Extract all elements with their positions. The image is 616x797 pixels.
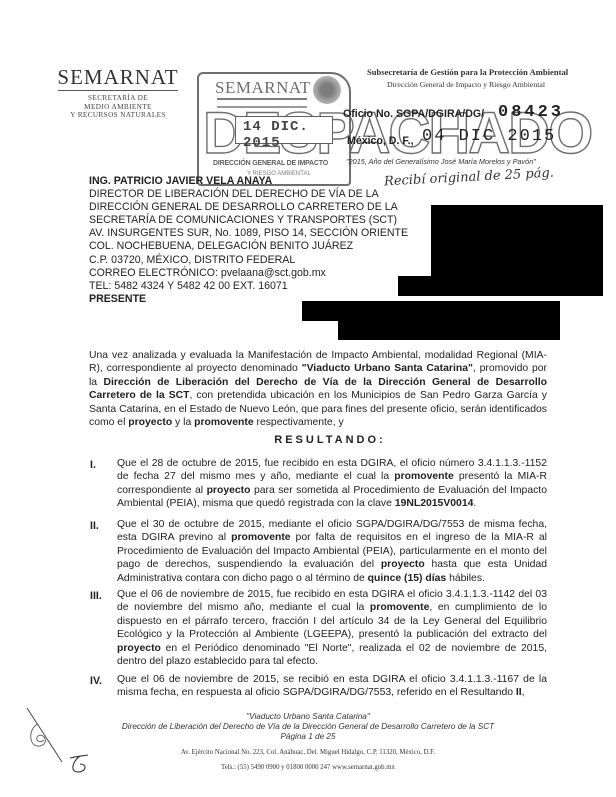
redaction-block [431,205,603,296]
resultando-text: Que el 06 de noviembre de 2015, se recib… [117,673,547,700]
resultando-text: Que el 28 de octubre de 2015, fue recibi… [117,457,547,511]
year-motto: "2015, Año del Generalísimo José María M… [346,157,536,166]
intro-text: respectivamente, y [254,417,344,428]
direccion-heading: Dirección General de Impacto y Riesgo Am… [387,80,545,89]
redaction-block [398,276,438,296]
bold-text: proyecto [117,643,161,654]
term-promovente: promovente [194,417,253,428]
resultando-number: I. [90,459,96,471]
issue-date: 04 DIC 2015 [422,127,556,146]
handwritten-note: Recibí original de 25 pág. [384,166,555,190]
addressee-line: AV. INSURGENTES SUR, No. 1089, PISO 14, … [89,227,408,240]
redaction-block [338,319,560,340]
addressee-line: C.P. 03720, MÉXICO, DISTRITO FEDERAL [89,254,408,267]
oficio-number: 08423 [498,103,564,122]
initials-scribble-icon [20,706,100,776]
semarnat-logo: SEMARNAT Secretaría de Medio Ambiente y … [52,66,184,120]
addressee-name: ING. PATRICIO JAVIER VELA ANAYA [89,175,408,188]
redaction-block [302,301,560,321]
oficio-label: Oficio No. SGPA/DGIRA/DG/ [343,108,484,120]
text: . [473,498,476,509]
text: hábiles. [446,573,485,584]
text: Que el 06 de noviembre de 2015, se recib… [117,674,547,698]
section-heading: RESULTANDO: [200,434,460,446]
seal-icon [313,76,341,104]
bold-text: promovente [231,532,290,543]
addressee-email: CORREO ELECTRÓNICO: pvelaana@sct.gob.mx [89,267,408,280]
addressee-line: DIRECCIÓN GENERAL DE DESARROLLO CARRETER… [89,201,408,214]
project-name: "Viaducto Urbano Santa Catarina" [302,363,473,374]
addressee-block: ING. PATRICIO JAVIER VELA ANAYA DIRECTOR… [89,175,408,306]
bold-text: quince (15) días [368,573,447,584]
bold-text: 19NL2015V0014 [395,498,474,509]
logo-subtitle-3: y Recursos Naturales [52,111,184,120]
text: , [522,687,525,698]
addressee-phone: TEL: 5482 4324 Y 5482 42 00 EXT. 16071 [89,280,408,293]
addressee-line: COL. NOCHEBUENA, DELEGACIÓN BENITO JUÁRE… [89,240,408,253]
bold-text: promovente [370,602,429,613]
place-label: México, D. F., [347,135,414,147]
intro-text: y la [172,417,194,428]
resultando-text: Que el 30 de octubre de 2015, mediante e… [117,518,547,585]
resultando-number: IV. [90,675,102,687]
stamp-date: 14 DIC. 2015 [243,119,349,151]
resultando-number: II. [90,520,99,532]
logo-name: SEMARNAT [52,66,184,88]
subsecretaria-heading: Subsecretaría de Gestión para la Protecc… [367,67,568,77]
logo-subtitle-1: Secretaría de [52,94,184,103]
addressee-line: DIRECTOR DE LIBERACIÓN DEL DERECHO DE VÍ… [89,188,408,201]
stamp-line-1: DIRECCIÓN GENERAL DE IMPACTO [213,160,328,167]
intro-paragraph: Una vez analizada y evaluada la Manifest… [89,349,547,429]
resultando-number: III. [90,590,102,602]
received-stamp: SEMARNAT DESPACHADO 14 DIC. 2015 DIRECCI… [197,72,351,186]
bold-text: promovente [394,471,453,482]
stamp-brand: SEMARNAT [215,78,311,98]
text: en el Periódico denominado "El Norte", r… [117,643,547,667]
logo-rule [58,90,178,91]
bold-text: proyecto [207,485,251,496]
resultando-text: Que el 06 de noviembre de 2015, fue reci… [117,588,547,668]
logo-subtitle-2: Medio Ambiente [52,103,184,112]
bold-text: proyecto [381,559,425,570]
addressee-line: SECRETARÍA DE COMUNICACIONES Y TRANSPORT… [89,214,408,227]
term-proyecto: proyecto [128,417,172,428]
